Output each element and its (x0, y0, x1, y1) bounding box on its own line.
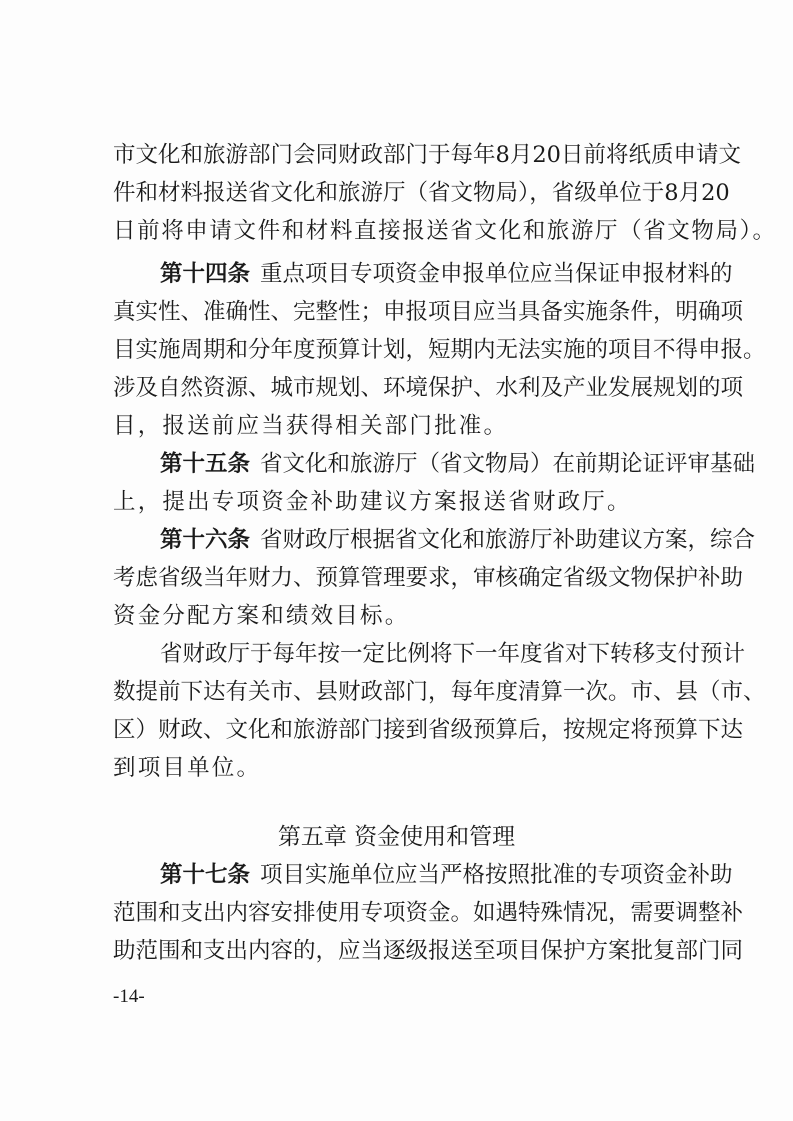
page-number: -14- (113, 986, 145, 1008)
text-line: 数提前下达有关市、县财政部门，每年度清算一次。市、县（市、 (113, 673, 683, 711)
article-16-text: 省财政厅根据省文化和旅游厅补助建议方案，综合 (260, 527, 755, 553)
text-line: 上，提出专项资金补助建议方案报送省财政厅。 (113, 483, 683, 521)
article-16-first-line: 第十六条省财政厅根据省文化和旅游厅补助建议方案，综合 (160, 521, 683, 559)
article-17-heading: 第十七条 (160, 862, 250, 888)
text-line: 范围和支出内容安排使用专项资金。如遇特殊情况，需要调整补 (113, 894, 683, 932)
article-15-text: 省文化和旅游厅（省文物局）在前期论证评审基础 (260, 451, 755, 477)
text-line: 目实施周期和分年度预算计划，短期内无法实施的项目不得申报。 (113, 331, 683, 369)
chapter-title: 第五章 资金使用和管理 (0, 818, 793, 856)
text-line: 日前将申请文件和材料直接报送省文化和旅游厅（省文物局）。 (113, 212, 683, 250)
paragraph-first-line: 省财政厅于每年按一定比例将下一年度省对下转移支付预计 (160, 635, 683, 673)
text-line: 资金分配方案和绩效目标。 (113, 597, 683, 635)
article-15-heading: 第十五条 (160, 451, 250, 477)
article-17-first-line: 第十七条项目实施单位应当严格按照批准的专项资金补助 (160, 856, 683, 894)
text-line: 考虑省级当年财力、预算管理要求，审核确定省级文物保护补助 (113, 559, 683, 597)
text-line: 件和材料报送省文化和旅游厅（省文物局），省级单位于8月20 (113, 174, 683, 212)
article-15-first-line: 第十五条省文化和旅游厅（省文物局）在前期论证评审基础 (160, 445, 683, 483)
text-line: 市文化和旅游部门会同财政部门于每年8月20日前将纸质申请文 (113, 136, 683, 174)
article-17-text: 项目实施单位应当严格按照批准的专项资金补助 (260, 862, 733, 888)
article-14-heading: 第十四条 (160, 261, 250, 287)
text-line: 助范围和支出内容的，应当逐级报送至项目保护方案批复部门同 (113, 932, 683, 970)
article-14-text: 重点项目专项资金申报单位应当保证申报材料的 (260, 261, 733, 287)
text-line: 到项目单位。 (113, 749, 683, 787)
text-line: 真实性、准确性、完整性；申报项目应当具备实施条件，明确项 (113, 293, 683, 331)
article-14-first-line: 第十四条重点项目专项资金申报单位应当保证申报材料的 (160, 255, 683, 293)
text-line: 目，报送前应当获得相关部门批准。 (113, 407, 683, 445)
text-line: 区）财政、文化和旅游部门接到省级预算后，按规定将预算下达 (113, 711, 683, 749)
article-16-heading: 第十六条 (160, 527, 250, 553)
document-page: 市文化和旅游部门会同财政部门于每年8月20日前将纸质申请文 件和材料报送省文化和… (0, 0, 793, 1121)
text-line: 涉及自然资源、城市规划、环境保护、水利及产业发展规划的项 (113, 369, 683, 407)
